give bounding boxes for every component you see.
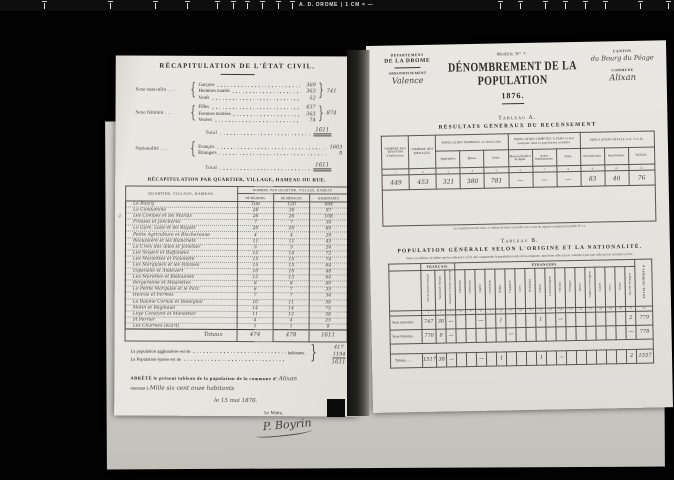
arrete-print-text: ARRÊTÉ le présent tableau de la populati…	[130, 376, 277, 382]
tableau-b-vertical-headers: Nés de parents françaisNaturalisés franç…	[389, 266, 653, 311]
ruler-tick	[668, 3, 669, 9]
row-total: 779	[636, 311, 653, 325]
total-column-header: TOTAL GÉNÉRAL par sexe.	[635, 259, 653, 306]
totals-maisons: 474	[237, 329, 273, 341]
tableau-b-value: 8	[436, 329, 446, 343]
dotted-leader	[184, 360, 286, 361]
sub-header: Agglomérée.	[436, 151, 460, 168]
group-subtotal: 741	[327, 88, 343, 94]
dotted-leader	[220, 169, 310, 170]
ruler-tick	[520, 3, 521, 9]
tableau-b-value	[526, 351, 536, 365]
arrete-paragraph: ARRÊTÉ le présent tableau de la populati…	[130, 375, 343, 396]
tableau-a-value: —	[532, 172, 556, 187]
row-value: 437	[304, 104, 316, 110]
etat-civil-row: Étrangers8	[198, 149, 342, 156]
row-label: Femmes mariées	[198, 111, 230, 116]
tableau-b-value	[566, 350, 576, 364]
left-page: 4 RÉCAPITULATION DE L'ÉTAT CIVIL. Sexe m…	[114, 55, 359, 416]
tableau-b-value: 2	[626, 311, 636, 325]
row-label: Filles	[198, 105, 209, 110]
tableau-b-value	[456, 314, 466, 328]
quartier-totals-row: Totaux 474 478 1611	[125, 329, 347, 342]
tableau-b-value: —	[446, 353, 456, 367]
tableau-b-value	[596, 350, 606, 364]
nationality-column-label: Total des étrangers	[628, 272, 631, 295]
group-rows: Français1603 Étrangers8	[198, 143, 342, 157]
tableau-b-value	[616, 311, 626, 325]
ruler-tick	[278, 3, 279, 9]
arrondissement-handwritten: Valence	[377, 76, 439, 86]
tableau-b-value: —	[556, 313, 566, 327]
row-label: Veuves	[198, 118, 212, 123]
nationality-column-label: Alsaciens-Lorrains ayant opté	[448, 270, 452, 304]
tableau-b-value	[566, 312, 576, 326]
tableau-b-value: —	[446, 329, 456, 343]
montant-print-text: montant à	[130, 385, 148, 390]
tableau-b-value: 747	[422, 315, 436, 329]
nationalite-group: Nationalité . . . { Français1603 Étrange…	[135, 141, 342, 159]
nationality-column-label: Divers	[619, 282, 622, 290]
tableau-b-value	[506, 314, 516, 328]
tableau-b-value: 1	[496, 314, 506, 328]
ruler-tick	[292, 3, 293, 9]
column-header-habitants: D'HABITANTS.	[310, 194, 348, 202]
total-label: Total	[205, 131, 217, 136]
tableau-b-value	[616, 349, 626, 363]
nationality-column-label: Polonais	[559, 281, 562, 291]
nationality-column-label: Russes	[579, 283, 582, 291]
summary-brace: }	[310, 343, 317, 362]
nationality-column-label: Belges	[499, 285, 502, 293]
tableau-b-value	[606, 312, 616, 326]
sub-header: TOTALE.	[628, 147, 654, 164]
tableau-b-value: —	[556, 351, 566, 365]
eparse-line: La Population éparse est de	[130, 354, 289, 363]
nationality-column-label: Anglais	[479, 284, 482, 293]
ruler-tick	[44, 3, 45, 9]
ruler-tick	[545, 3, 546, 9]
year-label: 1876.	[439, 90, 587, 102]
date-handwritten: le 15 mai 1876.	[114, 397, 357, 404]
tableau-b-value	[456, 328, 466, 342]
tableau-a-value: 83	[580, 171, 604, 186]
tableau-a-table: NOMBRE DES MAISONS d'habitation. NOMBRE …	[381, 130, 656, 226]
archive-label: A. D. DROME	[299, 2, 338, 8]
left-page-title: RÉCAPITULATION DE L'ÉTAT CIVIL.	[116, 62, 359, 70]
tableau-a-value: 380	[460, 173, 484, 188]
right-page: DÉPARTEMENT DE LA DROME ARRONDISSEMENT V…	[366, 40, 673, 413]
right-page-header: DÉPARTEMENT DE LA DROME ARRONDISSEMENT V…	[376, 48, 659, 109]
tableau-b-value	[456, 352, 466, 366]
title-rule	[220, 74, 254, 75]
tableau-b-value	[546, 313, 556, 327]
microfilm-ruler: A. D. DROME | 1 CM = —	[0, 0, 674, 12]
sub-header: Totale.	[484, 150, 508, 167]
tableau-b-value: 1	[536, 313, 546, 327]
tableau-b-value: 2	[626, 349, 636, 363]
ruler-tick	[262, 3, 263, 9]
tableau-a-value: —	[556, 171, 580, 186]
tableau-b-value	[586, 312, 596, 326]
tableau-b-value: 1	[496, 352, 506, 366]
ruler-tick	[565, 3, 566, 9]
divider	[394, 67, 420, 68]
group-population-a-part: POPULATION COMPTÉE À PART et non compris…	[508, 132, 580, 149]
group-population-totale: POPULATION TOTALE (col. 5 et 8).	[580, 131, 654, 148]
tableau-b-value	[486, 328, 496, 342]
empty-cell	[383, 185, 656, 226]
sexe-feminin-group: Sexe féminin . . . { Filles437 Femmes ma…	[135, 103, 342, 123]
tableau-b-value	[576, 350, 586, 364]
total-label: Total	[205, 166, 217, 171]
tableau-b-value	[496, 328, 506, 342]
row-value: 52	[304, 95, 316, 101]
nationality-column-header: Nés de parents français	[421, 270, 436, 310]
tableau-b-value	[506, 352, 516, 366]
brace-left: {	[190, 82, 195, 99]
tableau-b-value	[466, 328, 476, 342]
tableau-b-value	[476, 328, 486, 342]
brace-left: {	[190, 105, 195, 122]
commune-handwritten: Alixan	[587, 72, 659, 83]
nationality-column-label: Allemands	[459, 281, 462, 294]
sub-header: Sexe féminin.	[604, 147, 628, 164]
ruler-tick	[187, 3, 188, 9]
ruler-tick	[640, 3, 641, 9]
row-label: Totaux......	[390, 353, 422, 368]
tableau-b-value	[526, 313, 536, 327]
nationality-column-label: Américains	[469, 280, 472, 294]
tableau-b-value	[596, 326, 606, 340]
tableau-b-value	[586, 350, 596, 364]
column-header-menages: DE MÉNAGES.	[274, 194, 310, 202]
tableau-b-value	[516, 327, 526, 341]
row-label-header	[389, 270, 422, 311]
row-label: Étrangers	[198, 151, 216, 156]
tableau-b-value	[466, 352, 476, 366]
margin-pencil-mark: 4	[118, 213, 121, 219]
modele-label: Modèle N° 7.	[438, 50, 586, 58]
row-label: Français	[198, 144, 214, 149]
tableau-b-value	[486, 352, 496, 366]
tableau-b-value	[606, 326, 616, 340]
row-label: Sexe masculin..	[390, 315, 422, 330]
row-value: 1603	[330, 144, 343, 150]
nationality-column-label: Hollandais	[529, 279, 532, 292]
row-label: Garçons	[198, 82, 214, 87]
tableau-b-value: —	[476, 314, 486, 328]
binding-notch	[327, 399, 345, 417]
tableau-a-empty-space	[383, 185, 656, 226]
nationality-column-label: Espagnols	[509, 280, 512, 292]
col-menages-header: NOMBRE DES MÉNAGES.	[409, 135, 437, 169]
agglomeree-value: 417	[334, 344, 344, 350]
dotted-leader	[220, 134, 310, 135]
tableau-b-value	[526, 327, 536, 341]
tableau-b-value	[536, 327, 546, 341]
ruler-tick	[247, 3, 248, 9]
column-header-maisons: DE MAISONS.	[238, 194, 274, 202]
microfilm-scan-viewport: A. D. DROME | 1 CM = — 4 RÉCAPITULATION …	[0, 0, 674, 480]
tableau-b-value	[586, 326, 596, 340]
tableau-b-value	[486, 314, 496, 328]
group-label: Nationalité . . .	[135, 147, 187, 152]
etat-civil-row: Veufs52	[198, 94, 315, 101]
row-value: 369	[304, 82, 316, 88]
group-label: Sexe masculin . . .	[136, 88, 188, 93]
column-header-quartier: QUARTIER, VILLAGE, HAMEAU.	[126, 186, 238, 201]
dotted-leader	[212, 98, 300, 99]
nationality-column-label: Luxembourgeois	[549, 275, 552, 295]
tableau-b-value	[566, 326, 576, 340]
population-summary-block: La population agglomérée est de La Popul…	[130, 346, 345, 371]
eparse-label: La Population éparse est de	[130, 357, 181, 362]
row-value: 363	[304, 88, 316, 94]
tableau-b-value	[466, 314, 476, 328]
tableau-b-value	[516, 351, 526, 365]
etat-civil-total: Total 1611	[205, 127, 342, 137]
tableau-b-value	[546, 327, 556, 341]
row-label: Veufs	[198, 95, 209, 100]
eparse-value: 1194	[333, 351, 346, 358]
dotted-leader	[220, 154, 328, 155]
group-subtotal: 874	[327, 111, 343, 117]
row-total: 1557	[636, 349, 653, 363]
totals-label: Totaux	[125, 329, 237, 341]
row-value: 74	[304, 117, 316, 123]
tableau-b-value: 30	[436, 315, 446, 329]
etat-civil-row: Veuves74	[198, 116, 315, 123]
tableau-b-value	[616, 325, 626, 339]
ruler-tick	[605, 3, 606, 9]
quartier-table: QUARTIER, VILLAGE, HAMEAU. NOMBRE, PAR Q…	[125, 186, 349, 343]
title-block: Modèle N° 7. DÉNOMBREMENT DE LA POPULATI…	[438, 50, 587, 109]
tableau-a-value: 449	[382, 175, 409, 191]
tableau-b-value: 770	[422, 329, 436, 343]
totals-menages: 478	[273, 330, 309, 342]
tableau-a-value: 781	[484, 173, 508, 188]
tableau-b-value	[546, 351, 556, 365]
quartier-table-body: Le Bourg108120494La Condamine283097Les C…	[125, 201, 348, 330]
col-maisons-header: NOMBRE DES MAISONS d'habitation.	[382, 136, 410, 170]
tableau-b-value: —	[626, 325, 636, 339]
departement-name: DE LA DROME	[376, 58, 438, 65]
tableau-b-value: —	[506, 328, 516, 342]
ruler-scale-label: | 1 CM = —	[341, 2, 373, 8]
nationality-column-label: Turcs	[609, 284, 612, 291]
etat-civil-block: Sexe masculin . . . { Garçons369 Hommes …	[135, 81, 342, 172]
quartier-table-title: RÉCAPITULATION PAR QUARTIER, VILLAGE, HA…	[115, 177, 358, 183]
tableau-b-value: 1517	[422, 353, 436, 367]
nationalite-total: Total 1611	[205, 162, 342, 172]
row-value: 363	[304, 111, 316, 117]
ruler-tick	[585, 3, 586, 9]
total-value: 1611	[313, 127, 331, 136]
nationality-column-label: Italiens	[539, 283, 542, 292]
sub-header: Maisons d'arrêt et de dépôt.	[508, 149, 532, 166]
row-label: Hommes mariés	[198, 89, 229, 94]
tableau-b-value	[556, 327, 566, 341]
row-label: Sexe féminin...	[390, 329, 422, 344]
tableau-b-value	[576, 312, 586, 326]
tableau-b-value	[596, 312, 606, 326]
nationality-column-label: Portugais	[569, 280, 572, 291]
nationality-column-label: Suisses	[599, 282, 602, 291]
tableau-a-value: 40	[604, 170, 628, 185]
sexe-masculin-group: Sexe masculin . . . { Garçons369 Hommes …	[136, 81, 343, 101]
denombrement-title: DÉNOMBREMENT DE LA POPULATION	[438, 59, 587, 89]
nationality-column-label: Grecs	[519, 285, 522, 292]
tableau-a-value: —	[508, 172, 532, 187]
tableau-b-value	[576, 326, 586, 340]
tableau-b-value: 38	[437, 353, 447, 367]
nationality-column-label: Suédois et Norvégiens	[588, 271, 592, 298]
totals-habitants: 1611	[309, 330, 347, 342]
sub-header: Éparse.	[460, 150, 484, 167]
binding-spine-shadow	[347, 50, 370, 416]
arrete-commune-handwritten: Alixan	[279, 376, 297, 382]
tableau-b-table: FRANÇAIS.ÉTRANGERS.TOTAL GÉNÉRAL par sex…	[388, 258, 654, 368]
group-population-normale: POPULATION NORMALE ou domiciliée.	[436, 134, 508, 151]
row-total: 778	[636, 325, 653, 339]
habitants-label: habitants.	[288, 350, 306, 355]
ruler-tick	[110, 3, 111, 9]
nationality-column-header: Total des étrangers	[625, 266, 636, 306]
tableau-b-value	[606, 350, 616, 364]
dotted-leader	[215, 121, 300, 122]
departement-block: DÉPARTEMENT DE LA DROME ARRONDISSEMENT V…	[376, 53, 439, 110]
sub-header: Autres établissements.	[532, 149, 556, 166]
total-column-label: TOTAL GÉNÉRAL par sexe.	[642, 265, 646, 299]
row-value: 8	[330, 150, 342, 156]
montant-handwritten: Mille six cent onze habitants	[150, 385, 234, 391]
sub-header: Totale.	[556, 148, 580, 165]
canton-block: CANTON du Bourg du Péage COMMUNE Alixan	[586, 48, 659, 105]
ruler-tick	[500, 3, 501, 9]
group-rows: Garçons369 Hommes mariés363 Veufs52	[198, 81, 315, 101]
tableau-a-value: 76	[628, 170, 654, 185]
population-total-value: 1611	[331, 359, 345, 365]
nationality-column-label: Naturalisés français	[439, 276, 442, 300]
group-label: Sexe féminin . . .	[136, 110, 188, 115]
brace-left: {	[190, 141, 195, 158]
canton-handwritten: du Bourg du Péage	[586, 53, 658, 62]
ruler-tick	[217, 3, 218, 9]
tableau-b-value: —	[446, 315, 456, 329]
tableau-b-value	[516, 313, 526, 327]
nationality-column-label: Nés de parents français	[426, 274, 430, 302]
sub-header: Sexe masculin.	[580, 148, 604, 165]
total-value: 1611	[313, 162, 331, 171]
brace-right: }	[318, 105, 323, 122]
agglomeree-label: La population agglomérée est de	[130, 349, 190, 354]
nationality-column-label: Autrichiens	[489, 279, 492, 293]
ruler-tick	[233, 3, 234, 9]
tableau-b-value: —	[476, 352, 486, 366]
year-rule	[502, 103, 524, 104]
brace-right: }	[318, 83, 323, 100]
tableau-b-value: 1	[536, 351, 546, 365]
group-rows: Filles437 Femmes mariées363 Veuves74	[198, 103, 315, 123]
ruler-tick	[155, 3, 156, 9]
tableau-a-value: 453	[409, 174, 436, 190]
tableau-a-value: 321	[436, 174, 460, 189]
